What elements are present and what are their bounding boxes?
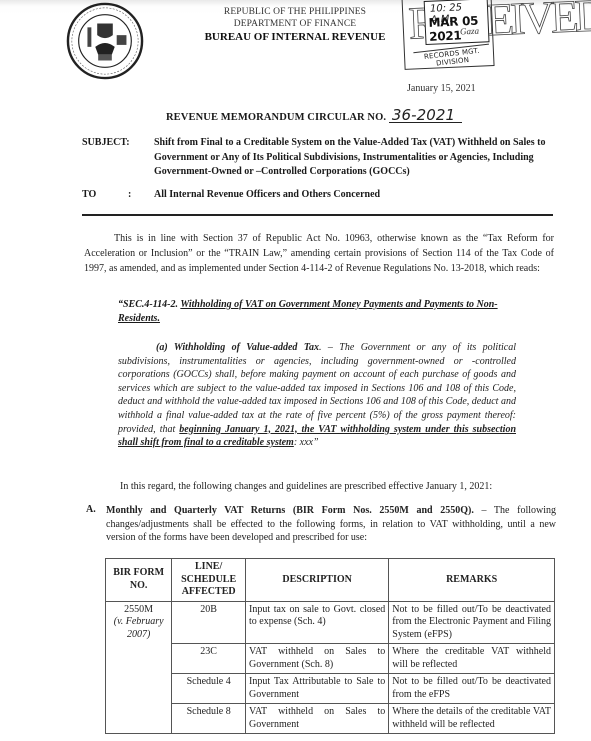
- republic-line: REPUBLIC OF THE PHILIPPINES: [190, 6, 400, 18]
- header-line-schedule: LINE/ SCHEDULE AFFECTED: [172, 559, 246, 602]
- provision-end: : xxx”: [294, 437, 319, 448]
- circular-title: REVENUE MEMORANDUM CIRCULAR NO. 36-2021: [166, 108, 462, 123]
- remarks-cell: Not to be filled out/To be deactivated f…: [389, 601, 555, 644]
- circular-number: 36-2021: [389, 108, 462, 123]
- intro-paragraph: This is in line with Section 37 of Repub…: [84, 231, 554, 276]
- section-number: “SEC.4-114-2.: [118, 299, 178, 310]
- department-line: DEPARTMENT OF FINANCE: [190, 18, 400, 30]
- header-remarks: REMARKS: [389, 559, 555, 602]
- guidelines-intro: In this regard, the following changes an…: [120, 481, 580, 492]
- provision-text: . – The Government or any of its politic…: [118, 342, 516, 435]
- provision-heading: (a) Withholding of Value-added Tax: [156, 342, 319, 353]
- header-form-no: BIR FORM NO.: [106, 559, 172, 602]
- to-text: All Internal Revenue Officers and Others…: [154, 189, 380, 200]
- table-row: 2550M (v. February 2007) 20B Input tax o…: [106, 601, 555, 644]
- line-cell: 23C: [172, 644, 246, 674]
- to-label: TO: [82, 189, 96, 200]
- remarks-cell: Not to be filled out/To be deactivated f…: [389, 674, 555, 704]
- table-row: 23C VAT withheld on Sales to Government …: [106, 644, 555, 674]
- section-a-text: Monthly and Quarterly VAT Returns (BIR F…: [106, 504, 556, 545]
- form-cell: 2550M (v. February 2007): [106, 601, 172, 734]
- remarks-cell: Where the creditable VAT withheld will b…: [389, 644, 555, 674]
- stamp-initials: Gaza: [460, 26, 479, 37]
- bir-seal-icon: [66, 2, 144, 80]
- letterhead: REPUBLIC OF THE PHILIPPINES DEPARTMENT O…: [190, 6, 400, 43]
- subject-text: Shift from Final to a Creditable System …: [154, 136, 554, 180]
- remarks-cell: Where the details of the creditable VAT …: [389, 704, 555, 734]
- line-cell: Schedule 4: [172, 674, 246, 704]
- description-cell: VAT withheld on Sales to Government: [246, 704, 389, 734]
- section-quote-title: “SEC.4-114-2. Withholding of VAT on Gove…: [118, 298, 528, 326]
- description-cell: VAT withheld on Sales to Government (Sch…: [246, 644, 389, 674]
- header-description: DESCRIPTION: [246, 559, 389, 602]
- line-cell: Schedule 8: [172, 704, 246, 734]
- form-number: 2550M: [109, 604, 168, 617]
- circular-label: REVENUE MEMORANDUM CIRCULAR NO.: [166, 112, 386, 123]
- bureau-line: BUREAU OF INTERNAL REVENUE: [190, 31, 400, 43]
- section-a-title: Monthly and Quarterly VAT Returns (BIR F…: [106, 505, 474, 516]
- description-cell: Input Tax Attributable to Sale to Govern…: [246, 674, 389, 704]
- section-a-letter: A.: [86, 504, 96, 515]
- table-row: Schedule 8 VAT withheld on Sales to Gove…: [106, 704, 555, 734]
- quoted-provision: (a) Withholding of Value-added Tax. – Th…: [118, 341, 516, 450]
- header-divider: [82, 214, 553, 216]
- table-row: Schedule 4 Input Tax Attributable to Sal…: [106, 674, 555, 704]
- stamp-date: MAR 05 2021: [428, 13, 488, 44]
- document-page: REPUBLIC OF THE PHILIPPINES DEPARTMENT O…: [0, 0, 591, 741]
- form-version: (v. February 2007): [109, 616, 168, 641]
- subject-label: SUBJECT:: [82, 137, 130, 148]
- to-colon: :: [128, 189, 131, 200]
- received-stamp: RECEIVED 10: 25 A.M. MAR 05 2021 Gaza RE…: [401, 0, 494, 70]
- line-cell: 20B: [172, 601, 246, 644]
- intro-text: This is in line with Section 37 of Repub…: [84, 233, 554, 274]
- document-date: January 15, 2021: [407, 83, 476, 94]
- forms-table: BIR FORM NO. LINE/ SCHEDULE AFFECTED DES…: [105, 558, 555, 734]
- table-header-row: BIR FORM NO. LINE/ SCHEDULE AFFECTED DES…: [106, 559, 555, 602]
- description-cell: Input tax on sale to Govt. closed to exp…: [246, 601, 389, 644]
- stamp-date-box: 10: 25 A.M. MAR 05 2021 Gaza: [424, 0, 490, 45]
